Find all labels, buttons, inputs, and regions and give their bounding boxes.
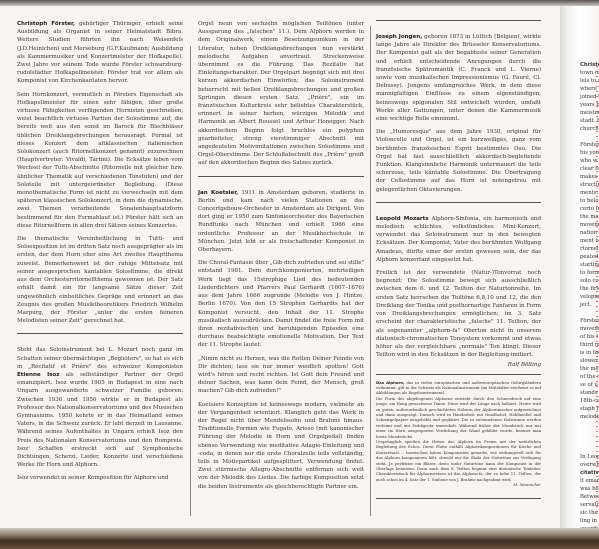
alphorn-note: Das Alphorn, das in vielen europäischen … xyxy=(376,380,541,488)
section-divider xyxy=(376,498,541,499)
foerster-third-movement-paragraph: Die thematische Vereinheitlichung in Tut… xyxy=(17,235,183,325)
bottom-edge-shadow xyxy=(0,528,599,549)
isoz-analysis-paragraph: Orgel neun von sechzehn möglichen Teiltö… xyxy=(198,20,364,168)
section-divider xyxy=(198,176,364,177)
perforation-marks xyxy=(596,66,598,516)
author-signature-boelting: Ralf Bölting xyxy=(376,361,541,369)
section-divider xyxy=(17,333,183,334)
humoresque-paragraph: Die „Humoresque" aus dem Jahre 1930, ori… xyxy=(376,128,541,194)
choral-fantasie-paragraph: Die Choral-Fantasie über „Gib dich zufri… xyxy=(198,259,364,349)
section-divider xyxy=(376,374,541,375)
hymn-quote: „Nimm nicht zu Herzen, was die Rotten De… xyxy=(198,355,364,396)
composer-name-mozart: Leopold Mozarts xyxy=(376,216,429,222)
column-divider-1 xyxy=(190,46,191,516)
isoz-bio: Steht das Soloinstrument bei L. Mozart n… xyxy=(17,346,183,469)
composer-name-foerster: Christoph Förster, xyxy=(17,21,75,27)
edge-text-line: ling in L xyxy=(580,517,599,525)
foerster-bio: Christoph Förster, gebürtiger Thüringer,… xyxy=(17,20,183,86)
author-signature-mauracher: M. Mauracher xyxy=(376,482,541,487)
section-divider xyxy=(376,20,541,21)
composer-name-jongen: Joseph Jongen, xyxy=(376,34,422,40)
alphorn-heading: Das Alphorn, xyxy=(376,380,405,385)
adjacent-english-page-edge: Christotown oflels to swhere ljoined tye… xyxy=(560,6,599,528)
left-column: Christoph Förster, gebürtiger Thüringer,… xyxy=(17,20,183,488)
column-divider-2 xyxy=(370,26,371,516)
right-column: Joseph Jongen, geboren 1873 in Lüttich (… xyxy=(376,20,541,499)
mozart-tonal-paragraph: Freilich ist der verwendete (Natur-)Tonv… xyxy=(376,269,541,359)
mozart-sinfonia-paragraph: Leopold Mozarts Alphorn-Sinfonia, ein ha… xyxy=(376,215,541,264)
liner-notes-page: Christoph Förster, gebürtiger Thüringer,… xyxy=(0,6,560,528)
koetsier-conception-paragraph: Koetsiers Konzeption ist keineswegs mode… xyxy=(198,401,364,491)
koetsier-bio: Jan Koetsier, 1911 in Amsterdam geboren,… xyxy=(198,189,364,255)
composer-name-isoz: Etienne Isoz xyxy=(17,372,59,378)
middle-column: Orgel neun von sechzehn möglichen Teiltö… xyxy=(198,20,364,496)
jongen-bio: Joseph Jongen, geboren 1873 in Lüttich (… xyxy=(376,33,541,123)
foerster-concerto-paragraph: Sein Hornkonzert, vermutlich in Försters… xyxy=(17,91,183,230)
section-divider xyxy=(376,202,541,203)
isoz-composition-paragraph: Isoz verwendet in seiner Komposition für… xyxy=(17,474,183,482)
composer-name-koetsier: Jan Koetsier, xyxy=(198,190,238,196)
